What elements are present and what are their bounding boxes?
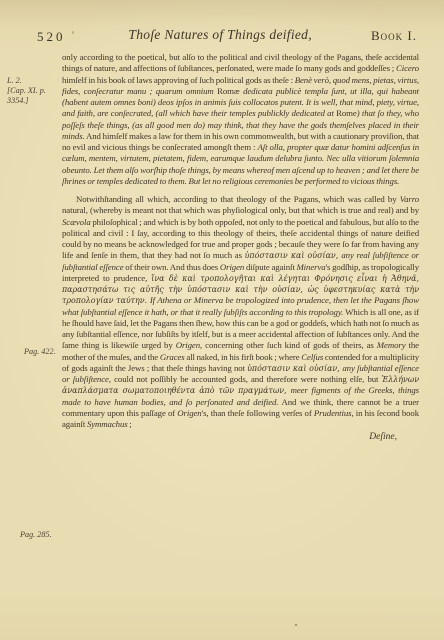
italic-text: Minerva	[296, 262, 325, 272]
italic-text: Origen	[177, 408, 201, 418]
italic-text: Origen	[176, 340, 200, 350]
body-text: only according to the poetical, but alſo…	[62, 52, 419, 442]
roman-text: all naked, in his firſt book ; where	[185, 352, 302, 362]
margin-citation: L. 2.[Cap. XI. p.3354.]	[7, 76, 61, 105]
body-paragraph: Notwithſtanding all which, according to …	[62, 194, 419, 430]
book-label: Book I.	[371, 28, 417, 44]
roman-text: Romæ	[217, 86, 240, 96]
italic-text: Memory	[377, 340, 406, 350]
margin-citation: Pag. 285.	[20, 530, 60, 540]
roman-text: ;	[128, 419, 132, 429]
italic-text: Origen	[220, 262, 244, 272]
paragraphs-container: only according to the poetical, but alſo…	[62, 52, 419, 430]
roman-text: himſelf in his book of laws approving of…	[62, 75, 295, 85]
paper-speck	[295, 624, 297, 626]
roman-text: Notwithſtanding all which, according to …	[76, 194, 400, 204]
roman-text: 's, than theſe following verſes of	[202, 408, 314, 418]
roman-text: , could not poſſibly be accounted gods, …	[109, 374, 382, 384]
page-number: 520	[37, 29, 66, 45]
roman-text: Rome	[336, 108, 357, 118]
greek-quotation: ὑπόστασιν καὶ οὐσίαν,	[245, 251, 342, 260]
roman-text: of their own. And thus does	[124, 262, 220, 272]
roman-text: natural, (whereby is meant not that whic…	[62, 205, 419, 215]
italic-text: Scævola	[62, 217, 91, 227]
roman-text: only according to the poetical, but alſo…	[62, 52, 419, 73]
italic-text: Graces	[160, 352, 185, 362]
roman-text: diſpute againſt	[244, 262, 296, 272]
catchword: Deſine,	[62, 432, 419, 442]
book-page-scan: 520 Thoſe Natures of Things deified, Boo…	[0, 0, 444, 640]
italic-text: Cicero	[396, 63, 419, 73]
running-title: Thoſe Natures of Things deified,	[128, 27, 311, 43]
greek-quotation: ὑπόστασιν καὶ οὐσίαν,	[247, 364, 342, 373]
paper-speck	[72, 31, 74, 34]
italic-text: Prudentius	[314, 408, 352, 418]
roman-text: , concerning other ſuch kind of gods of …	[200, 340, 377, 350]
italic-text: Symmachus	[87, 419, 128, 429]
body-paragraph: only according to the poetical, but alſo…	[62, 52, 419, 187]
italic-text: Varro	[400, 194, 419, 204]
italic-text: Celſus	[301, 352, 323, 362]
margin-citation: Pag. 422.	[24, 347, 64, 357]
running-head: 520 Thoſe Natures of Things deified, Boo…	[0, 27, 444, 47]
